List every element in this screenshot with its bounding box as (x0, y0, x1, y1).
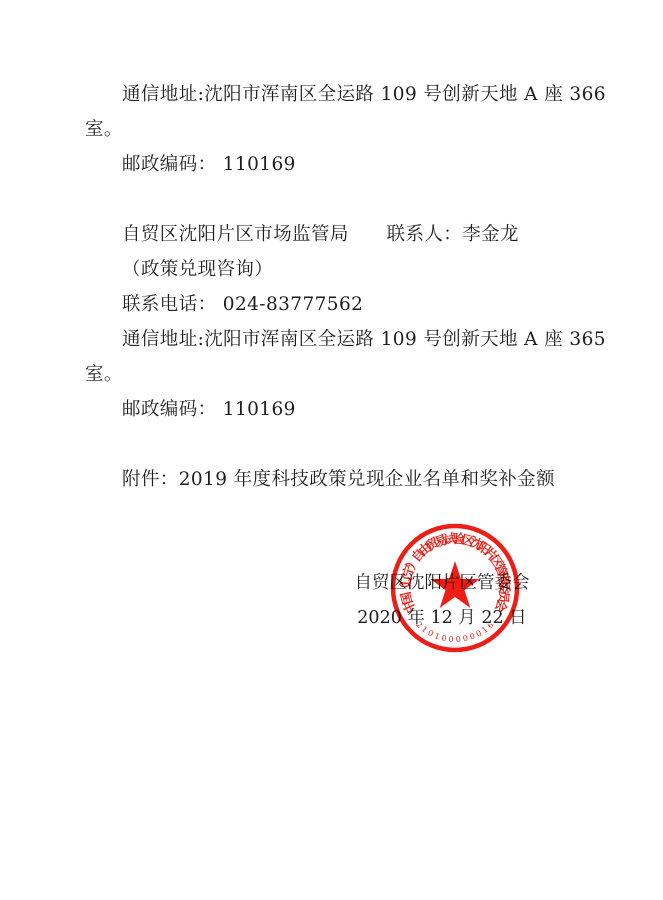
text-line: （政策兑现咨询） (85, 252, 595, 287)
text-line: 室。 (85, 357, 595, 392)
text-line: 邮政编码： 110169 (85, 392, 595, 427)
text-line: 邮政编码： 110169 (85, 147, 595, 182)
text-line: 通信地址:沈阳市浑南区全运路 109 号创新天地 A 座 365 (85, 322, 595, 357)
attachment-line: 附件：2019 年度科技政策兑现企业名单和奖补金额 (85, 462, 595, 497)
red-star-icon (430, 561, 479, 608)
blank-line (85, 427, 595, 462)
document-body: 通信地址:沈阳市浑南区全运路 109 号创新天地 A 座 366 室。 邮政编码… (85, 77, 595, 497)
document-page: 通信地址:沈阳市浑南区全运路 109 号创新天地 A 座 366 室。 邮政编码… (0, 0, 663, 900)
text-line: 联系电话： 024-83777562 (85, 287, 595, 322)
text-line: 通信地址:沈阳市浑南区全运路 109 号创新天地 A 座 366 (85, 77, 595, 112)
official-seal: 中国（辽宁）自由贸易试验区沈阳片区管理委员会 2101000000168 (385, 518, 525, 658)
text-line: 室。 (85, 112, 595, 147)
text-line: 自贸区沈阳片区市场监管局 联系人：李金龙 (85, 217, 595, 252)
blank-line (85, 182, 595, 217)
